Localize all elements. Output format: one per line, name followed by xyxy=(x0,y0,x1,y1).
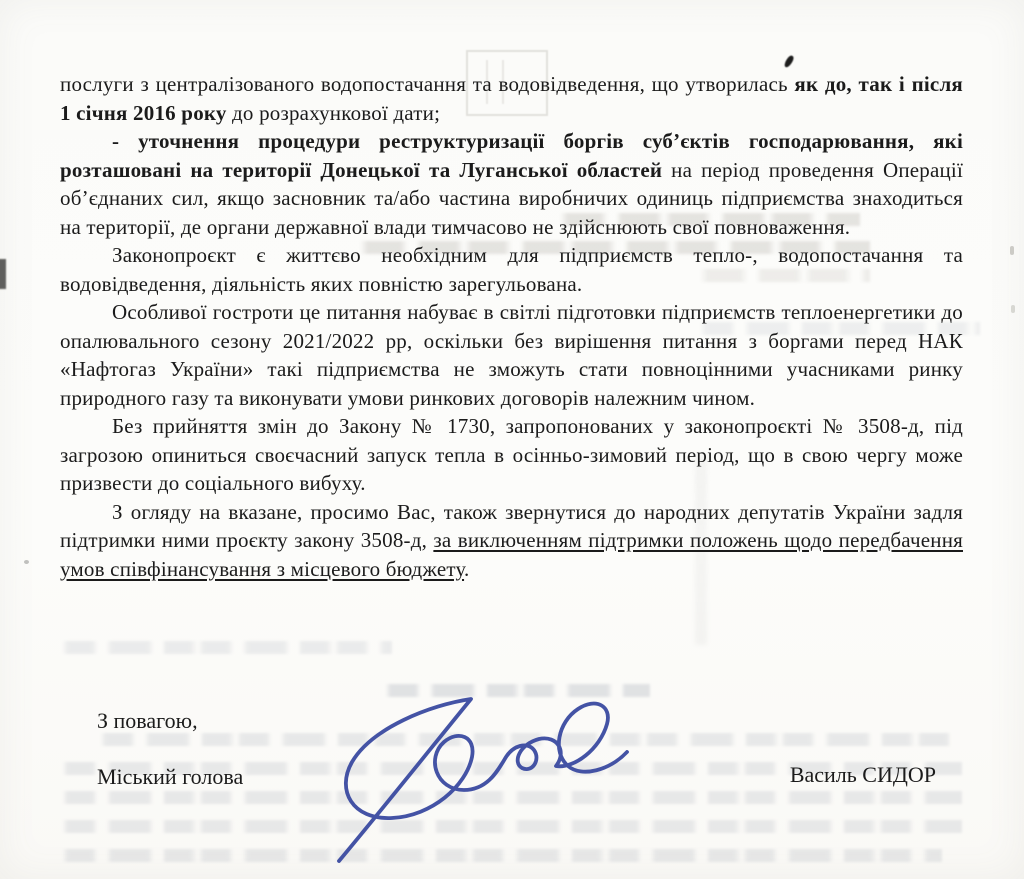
bleed-through-text-line xyxy=(62,849,942,862)
body-paragraph: - уточнення процедури реструктуризації б… xyxy=(60,127,963,241)
text-segment: до розрахункової дати; xyxy=(227,101,441,125)
text-segment: Без прийняття змін до Закону № 1730, зап… xyxy=(60,414,963,495)
text-segment: . xyxy=(464,557,469,581)
handwritten-signature-ink xyxy=(318,678,663,878)
body-paragraph: послуги з централізованого водопостачанн… xyxy=(60,70,963,127)
bleed-through-heading xyxy=(385,684,650,697)
signer-name: Василь СИДОР xyxy=(790,762,936,788)
signature-stroke xyxy=(339,699,627,861)
scanned-letter-page: послуги з централізованого водопостачанн… xyxy=(0,0,1024,879)
closing-salutation: З повагою, xyxy=(97,708,198,734)
bleed-through-text-line xyxy=(62,641,392,654)
body-paragraph: Особливої гостроти це питання набуває в … xyxy=(60,298,963,412)
bleed-through-text-line xyxy=(100,733,950,746)
body-paragraph: Без прийняття змін до Закону № 1730, зап… xyxy=(60,412,963,498)
ink-speck xyxy=(783,54,795,68)
bleed-through-text-line xyxy=(62,791,962,804)
signer-position-title: Міський голова xyxy=(97,764,243,790)
document-body: послуги з централізованого водопостачанн… xyxy=(60,70,963,583)
text-segment: послуги з централізованого водопостачанн… xyxy=(60,72,794,96)
text-segment: Законопроєкт є життєво необхідним для пі… xyxy=(60,243,963,296)
body-paragraph: Законопроєкт є життєво необхідним для пі… xyxy=(60,241,963,298)
scan-tick xyxy=(1011,305,1015,313)
scan-tick xyxy=(1010,246,1014,255)
bleed-through-text-line xyxy=(62,820,962,833)
scan-smudge xyxy=(0,259,6,289)
text-segment: Особливої гостроти це питання набуває в … xyxy=(60,300,963,410)
body-paragraph: З огляду на вказане, просимо Вас, також … xyxy=(60,498,963,584)
scan-dot xyxy=(24,560,29,564)
